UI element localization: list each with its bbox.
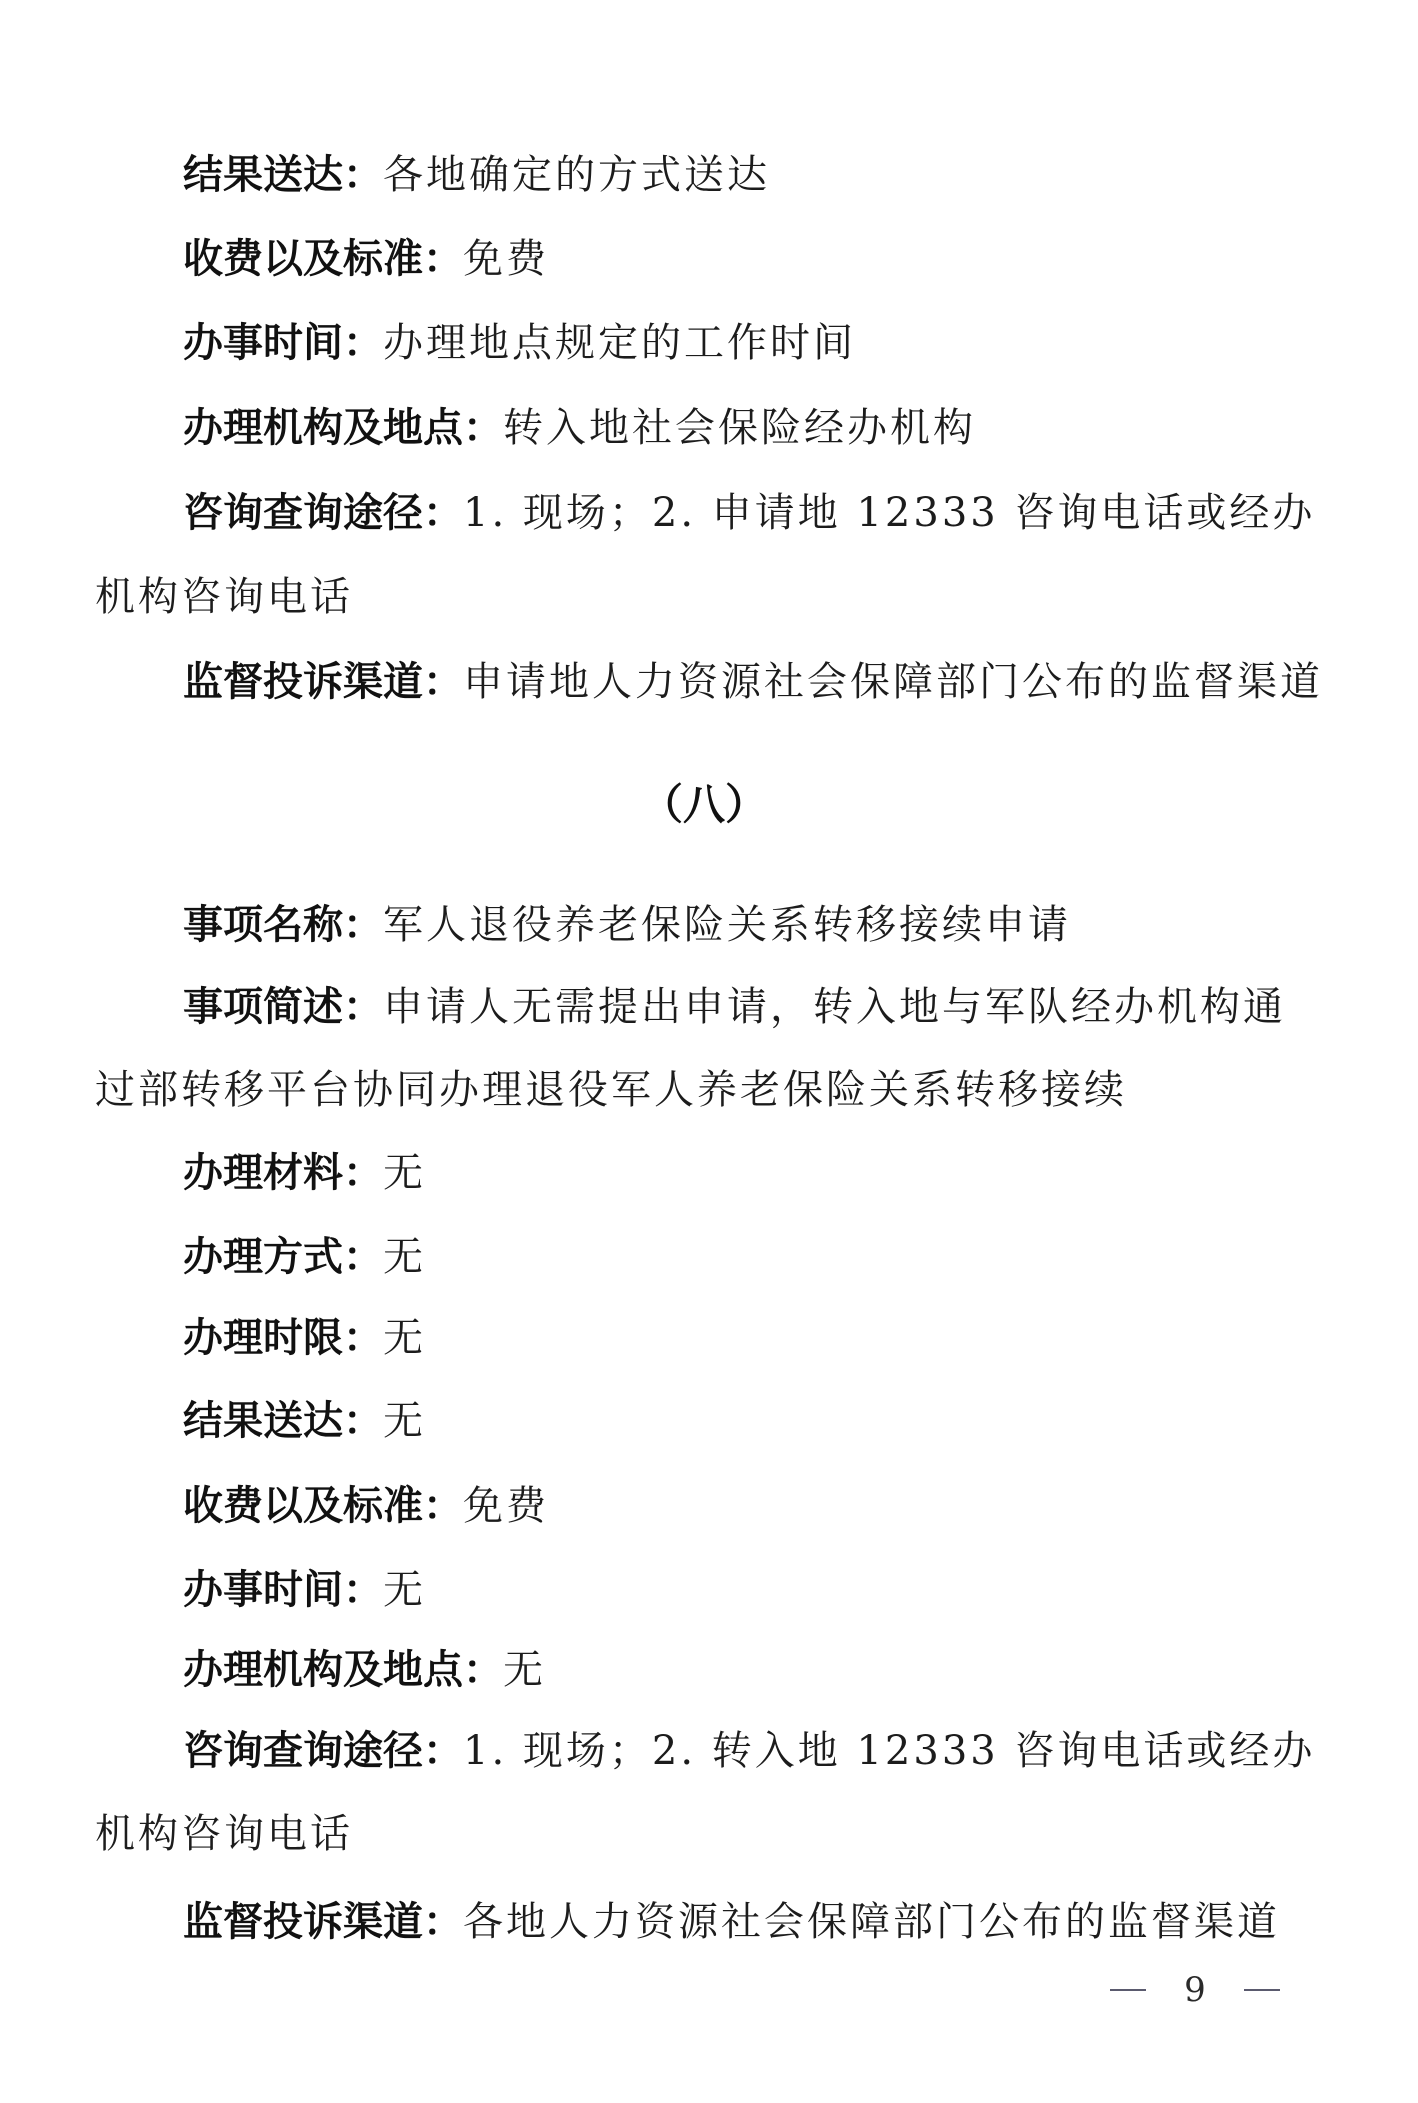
field-complaint-channel: 监督投诉渠道：申请地人力资源社会保障部门公布的监督渠道 — [183, 652, 1315, 712]
field-label: 结果送达： — [183, 1398, 383, 1444]
field-value: 各地确定的方式送达 — [383, 152, 770, 198]
field-value: 无 — [383, 1567, 426, 1613]
page-number: 9 — [1110, 1968, 1280, 2012]
field-result-delivery-8: 结果送达：无 — [183, 1391, 1315, 1451]
field-result-delivery: 结果送达：各地确定的方式送达 — [183, 145, 1315, 205]
field-label: 办理时限： — [183, 1315, 383, 1361]
page-number-value: 9 — [1184, 1968, 1206, 2012]
field-value: 无 — [383, 1150, 426, 1196]
field-agency-location-8: 办理机构及地点：无 — [183, 1640, 1315, 1700]
field-label: 收费以及标准： — [183, 236, 463, 282]
field-value: 无 — [383, 1398, 426, 1444]
field-value: 申请地人力资源社会保障部门公布的监督渠道 — [463, 659, 1323, 705]
field-label: 咨询查询途径： — [183, 1728, 463, 1774]
field-value: 申请人无需提出申请，转入地与军队经办机构通 — [383, 984, 1286, 1030]
section-heading: （八） — [0, 775, 1418, 835]
field-value: 各地人力资源社会保障部门公布的监督渠道 — [463, 1899, 1280, 1945]
field-value: 无 — [383, 1315, 426, 1361]
field-label: 办理机构及地点： — [183, 405, 503, 451]
field-value: 办理地点规定的工作时间 — [383, 320, 856, 366]
field-label: 事项名称： — [183, 902, 383, 948]
field-fee-standard: 收费以及标准：免费 — [183, 229, 1315, 289]
field-office-hours-8: 办事时间：无 — [183, 1560, 1315, 1620]
field-item-summary: 事项简述：申请人无需提出申请，转入地与军队经办机构通 — [183, 977, 1315, 1037]
field-inquiry-channel-continuation: 机构咨询电话 — [95, 567, 1315, 627]
field-fee-standard-8: 收费以及标准：免费 — [183, 1476, 1315, 1536]
field-agency-location: 办理机构及地点：转入地社会保险经办机构 — [183, 398, 1315, 458]
field-item-summary-continuation: 过部转移平台协同办理退役军人养老保险关系转移接续 — [95, 1060, 1315, 1120]
field-complaint-channel-8: 监督投诉渠道：各地人力资源社会保障部门公布的监督渠道 — [183, 1892, 1315, 1952]
field-label: 办事时间： — [183, 320, 383, 366]
field-value: 无 — [383, 1234, 426, 1280]
field-label: 收费以及标准： — [183, 1483, 463, 1529]
field-value: 免费 — [463, 1483, 549, 1529]
field-label: 结果送达： — [183, 152, 383, 198]
field-label: 办理方式： — [183, 1234, 383, 1280]
field-inquiry-channel-8: 咨询查询途径：1. 现场；2. 转入地 12333 咨询电话或经办 — [183, 1721, 1315, 1781]
field-label: 办事时间： — [183, 1567, 383, 1613]
document-page: 结果送达：各地确定的方式送达 收费以及标准：免费 办事时间：办理地点规定的工作时… — [0, 0, 1418, 2103]
field-value: 无 — [503, 1647, 546, 1693]
field-materials: 办理材料：无 — [183, 1143, 1315, 1203]
field-value: 军人退役养老保险关系转移接续申请 — [383, 902, 1071, 948]
field-value-continuation: 过部转移平台协同办理退役军人养老保险关系转移接续 — [95, 1067, 1127, 1113]
field-item-name: 事项名称：军人退役养老保险关系转移接续申请 — [183, 895, 1315, 955]
field-inquiry-channel-8-continuation: 机构咨询电话 — [95, 1804, 1315, 1864]
page-number-dash-right — [1244, 1989, 1280, 1991]
field-label: 监督投诉渠道： — [183, 1899, 463, 1945]
field-label: 事项简述： — [183, 984, 383, 1030]
field-label: 监督投诉渠道： — [183, 659, 463, 705]
field-value-continuation: 机构咨询电话 — [95, 1811, 353, 1857]
field-office-hours: 办事时间：办理地点规定的工作时间 — [183, 313, 1315, 373]
field-label: 办理机构及地点： — [183, 1647, 503, 1693]
field-value: 转入地社会保险经办机构 — [503, 405, 976, 451]
field-inquiry-channel: 咨询查询途径：1. 现场；2. 申请地 12333 咨询电话或经办 — [183, 483, 1315, 543]
field-label: 咨询查询途径： — [183, 490, 463, 536]
field-value: 免费 — [463, 236, 549, 282]
field-time-limit: 办理时限：无 — [183, 1308, 1315, 1368]
field-label: 办理材料： — [183, 1150, 383, 1196]
field-handling-method: 办理方式：无 — [183, 1227, 1315, 1287]
page-number-dash-left — [1110, 1989, 1146, 1991]
section-heading-text: （八） — [641, 775, 767, 835]
field-value: 1. 现场；2. 转入地 12333 咨询电话或经办 — [463, 1728, 1315, 1774]
field-value: 1. 现场；2. 申请地 12333 咨询电话或经办 — [463, 490, 1315, 536]
field-value-continuation: 机构咨询电话 — [95, 574, 353, 620]
